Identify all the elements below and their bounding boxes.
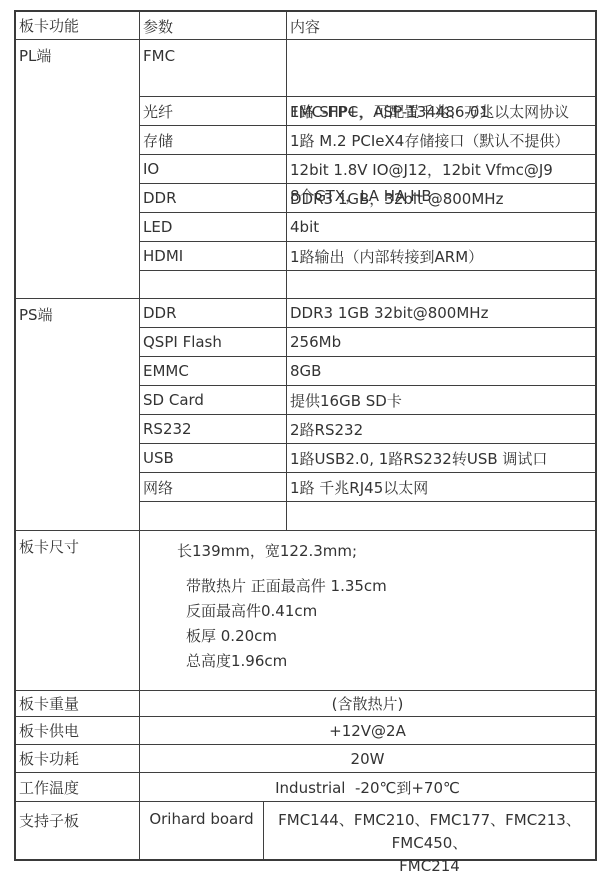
content-cell: 1路 SFP+，可配置千兆、万兆以太网协议 [287, 97, 595, 125]
param-cell: USB [140, 444, 287, 472]
param-cell: LED [140, 213, 287, 241]
table-row-ddr-pl: DDR DDR3 1GB，32bit @800MHz [140, 184, 595, 213]
param-cell: SD Card [140, 386, 287, 414]
content-cell: 1路 M.2 PCIeX4存储接口（默认不提供） [287, 126, 595, 154]
table-row-rs232: RS232 2路RS232 [140, 415, 595, 444]
spec-table-page: { "table": { "header": { "col1": "板卡功能",… [0, 0, 611, 894]
power-consumption-value: 20W [140, 745, 595, 772]
dimension-line: 带散热片 正面最高件 1.35cm [140, 574, 595, 599]
param-cell: DDR [140, 184, 287, 212]
table-row-fmc: FMC FMC-HPC，ASP-134486-01 8个GTX，LA HA HB [140, 40, 595, 97]
row-power-supply-label: 板卡供电 [16, 717, 140, 744]
content-cell [287, 502, 595, 530]
section-pl: PL端 FMC FMC-HPC，ASP-134486-01 8个GTX，LA H… [16, 40, 595, 299]
content-cell: 1路输出（内部转接到ARM） [287, 242, 595, 270]
section-pl-label: PL端 [16, 40, 140, 298]
content-cell: FMC-HPC，ASP-134486-01 8个GTX，LA HA HB [287, 40, 595, 96]
table-row-storage: 存储 1路 M.2 PCIeX4存储接口（默认不提供） [140, 126, 595, 155]
content-cell: 12bit 1.8V IO@J12，12bit Vfmc@J9 [287, 155, 595, 183]
daughter-board-line: FMC144、FMC210、FMC177、FMC213、FMC450、 [264, 809, 595, 855]
dimension-line: 反面最高件0.41cm [140, 599, 595, 624]
weight-value: (含散热片) [140, 691, 595, 716]
param-cell: HDMI [140, 242, 287, 270]
param-cell: RS232 [140, 415, 287, 443]
daughter-board-vendor: Orihard board [140, 802, 264, 859]
row-weight-label: 板卡重量 [16, 691, 140, 716]
param-cell: DDR [140, 299, 287, 327]
temperature-value: Industrial -20℃到+70℃ [140, 773, 595, 801]
row-temperature-label: 工作温度 [16, 773, 140, 801]
param-cell [140, 271, 287, 298]
daughter-board-line: FMC214 [264, 855, 595, 878]
param-cell: IO [140, 155, 287, 183]
param-cell: 存储 [140, 126, 287, 154]
dimension-line: 长139mm，宽122.3mm; [140, 540, 595, 561]
table-row-usb: USB 1路USB2.0, 1路RS232转USB 调试口 [140, 444, 595, 473]
content-cell [287, 271, 595, 298]
param-cell: 网络 [140, 473, 287, 501]
spec-table: 板卡功能 参数 内容 PL端 FMC FMC-HPC，ASP-134486-01… [14, 10, 597, 861]
param-cell: QSPI Flash [140, 328, 287, 356]
table-row-network: 网络 1路 千兆RJ45以太网 [140, 473, 595, 502]
content-cell: 256Mb [287, 328, 595, 356]
row-daughter-boards-label: 支持子板 [16, 802, 140, 859]
row-weight: 板卡重量 (含散热片) [16, 691, 595, 717]
table-row-qspi: QSPI Flash 256Mb [140, 328, 595, 357]
row-dimensions: 板卡尺寸 长139mm，宽122.3mm; 带散热片 正面最高件 1.35cm … [16, 531, 595, 691]
header-row: 板卡功能 参数 内容 [16, 12, 595, 40]
content-cell: 1路USB2.0, 1路RS232转USB 调试口 [287, 444, 595, 472]
row-power-consumption-label: 板卡功耗 [16, 745, 140, 772]
table-row-io: IO 12bit 1.8V IO@J12，12bit Vfmc@J9 [140, 155, 595, 184]
table-row-empty-pl [140, 271, 595, 298]
row-temperature: 工作温度 Industrial -20℃到+70℃ [16, 773, 595, 802]
section-ps-rows: DDR DDR3 1GB 32bit@800MHz QSPI Flash 256… [140, 299, 595, 530]
table-row-ddr-ps: DDR DDR3 1GB 32bit@800MHz [140, 299, 595, 328]
table-row-empty-ps [140, 502, 595, 530]
header-cell-function: 板卡功能 [16, 12, 140, 39]
content-cell: 4bit [287, 213, 595, 241]
dimension-line: 板厚 0.20cm [140, 624, 595, 649]
dimension-line: 总高度1.96cm [140, 649, 595, 674]
table-row-sdcard: SD Card 提供16GB SD卡 [140, 386, 595, 415]
table-row-hdmi: HDMI 1路输出（内部转接到ARM） [140, 242, 595, 271]
row-dimensions-label: 板卡尺寸 [16, 531, 140, 690]
row-power-consumption: 板卡功耗 20W [16, 745, 595, 773]
param-cell [140, 502, 287, 530]
section-ps: PS端 DDR DDR3 1GB 32bit@800MHz QSPI Flash… [16, 299, 595, 531]
power-supply-value: +12V@2A [140, 717, 595, 744]
row-power-supply: 板卡供电 +12V@2A [16, 717, 595, 745]
content-cell: DDR3 1GB 32bit@800MHz [287, 299, 595, 327]
content-cell: 提供16GB SD卡 [287, 386, 595, 414]
content-cell: 2路RS232 [287, 415, 595, 443]
table-row-fiber: 光纤 1路 SFP+，可配置千兆、万兆以太网协议 [140, 97, 595, 126]
param-cell: FMC [140, 40, 287, 96]
param-cell: 光纤 [140, 97, 287, 125]
header-cell-content: 内容 [287, 12, 595, 40]
content-cell: 1路 千兆RJ45以太网 [287, 473, 595, 501]
dimensions-content: 长139mm，宽122.3mm; 带散热片 正面最高件 1.35cm 反面最高件… [140, 531, 595, 690]
table-row-led: LED 4bit [140, 213, 595, 242]
content-cell: 8GB [287, 357, 595, 385]
section-ps-label: PS端 [16, 299, 140, 530]
table-row-emmc: EMMC 8GB [140, 357, 595, 386]
content-cell: DDR3 1GB，32bit @800MHz [287, 184, 595, 212]
row-daughter-boards: 支持子板 Orihard board FMC144、FMC210、FMC177、… [16, 802, 595, 859]
param-cell: EMMC [140, 357, 287, 385]
daughter-board-list: FMC144、FMC210、FMC177、FMC213、FMC450、 FMC2… [264, 802, 595, 859]
section-pl-rows: FMC FMC-HPC，ASP-134486-01 8个GTX，LA HA HB… [140, 40, 595, 298]
header-cell-parameter: 参数 [140, 12, 287, 40]
